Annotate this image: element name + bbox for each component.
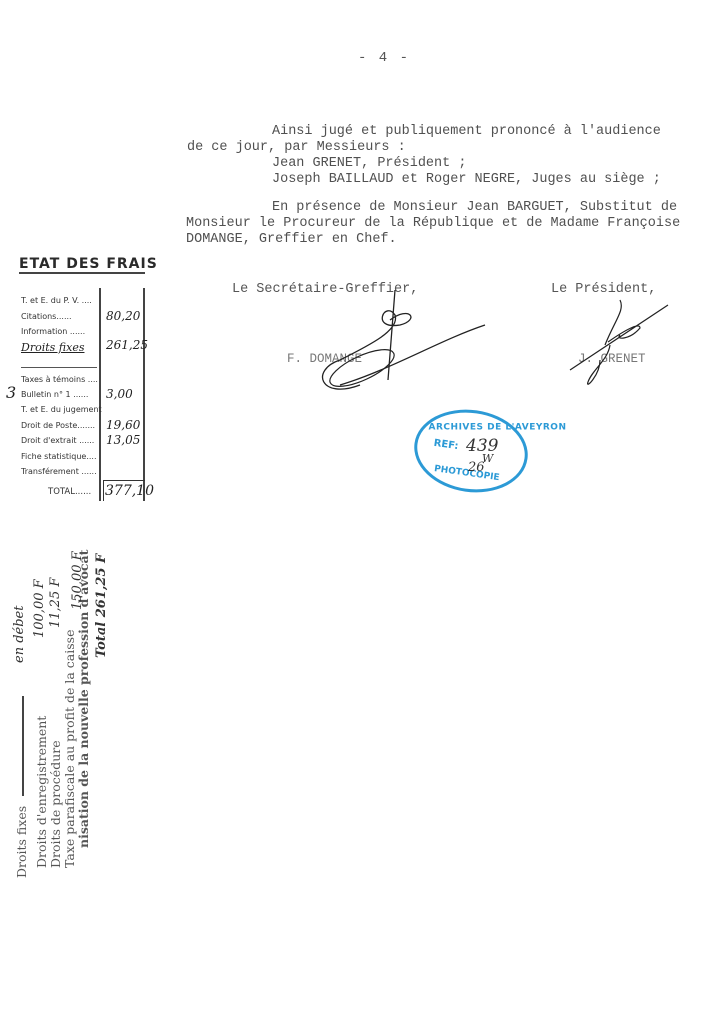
frais-row-label: Taxes à témoins .... <box>21 375 98 384</box>
frais-title-rule <box>19 272 145 274</box>
frais-row-label: T. et E. du jugement <box>21 405 102 414</box>
body-line-3: Jean GRENET, Président ; <box>272 156 466 172</box>
stamp-bottom-text: PHOTOCOPIE <box>433 464 500 483</box>
etat-des-frais-title: ETAT DES FRAIS <box>19 256 158 272</box>
body-line-7: DOMANGE, Greffier en Chef. <box>186 232 397 248</box>
frais-row-label: Citations...... <box>21 312 72 321</box>
rot-line-3-label: Droits de procédure <box>48 740 63 868</box>
margin-note: 3 <box>6 383 16 402</box>
body-line-6: Monsieur le Procureur de la République e… <box>186 216 680 232</box>
rot-line-1-fill <box>22 696 24 796</box>
frais-row-value: 261,25 <box>106 338 148 352</box>
frais-row-label: Transférement ...... <box>21 467 97 476</box>
rot-line-1-label: Droits fixes <box>14 806 29 878</box>
total-value: 377,10 <box>105 483 154 499</box>
frais-row-value: 13,05 <box>106 433 140 447</box>
frais-row-label: Droit d'extrait ...... <box>21 436 94 445</box>
rot-total: Total 261,25 F <box>94 554 109 658</box>
frais-row-label: Droit de Poste....... <box>21 421 95 430</box>
rot-line-2-label: Droits d'enregistrement <box>34 716 49 868</box>
rot-line-2-value: 100,00 F <box>32 579 47 638</box>
body-line-2: de ce jour, par Messieurs : <box>187 140 406 156</box>
frais-row-value: 19,60 <box>106 418 140 432</box>
frais-row-label: Fiche statistique.... <box>21 452 97 461</box>
frais-divider <box>99 288 101 501</box>
stamp-ref-sub2: 26 <box>468 460 485 475</box>
frais-row-label: Information ...... <box>21 327 85 336</box>
stamp-ref-label: REF: <box>433 438 459 452</box>
rot-line-5-value: 150,00 F <box>70 551 85 610</box>
total-label: TOTAL...... <box>48 487 91 497</box>
frais-row-value: 80,20 <box>106 309 140 323</box>
rot-line-4-label: Taxe parafiscale au profit de la caisse <box>62 630 77 868</box>
rot-line-3-value: 11,25 F <box>48 578 63 628</box>
page-number: - 4 - <box>358 50 410 66</box>
president-signature <box>570 300 680 390</box>
body-line-4: Joseph BAILLAUD et Roger NEGRE, Juges au… <box>272 172 661 188</box>
body-line-5: En présence de Monsieur Jean BARGUET, Su… <box>272 200 677 216</box>
frais-right-border <box>143 288 145 501</box>
frais-row-label: Droits fixes <box>21 341 84 354</box>
stamp-top-text: ARCHIVES DE L'AVEYRON <box>429 422 567 432</box>
frais-row-label: Bulletin n° 1 ...... <box>21 390 88 399</box>
body-line-1: Ainsi jugé et publiquement prononcé à l'… <box>272 124 661 140</box>
rot-line-1-hand: en débet <box>12 606 27 663</box>
frais-row-label: T. et E. du P. V. .... <box>21 296 92 305</box>
secretary-signature <box>300 290 500 400</box>
frais-separator <box>21 367 97 368</box>
president-title: Le Président, <box>551 282 656 297</box>
frais-row-value: 3,00 <box>106 387 133 401</box>
